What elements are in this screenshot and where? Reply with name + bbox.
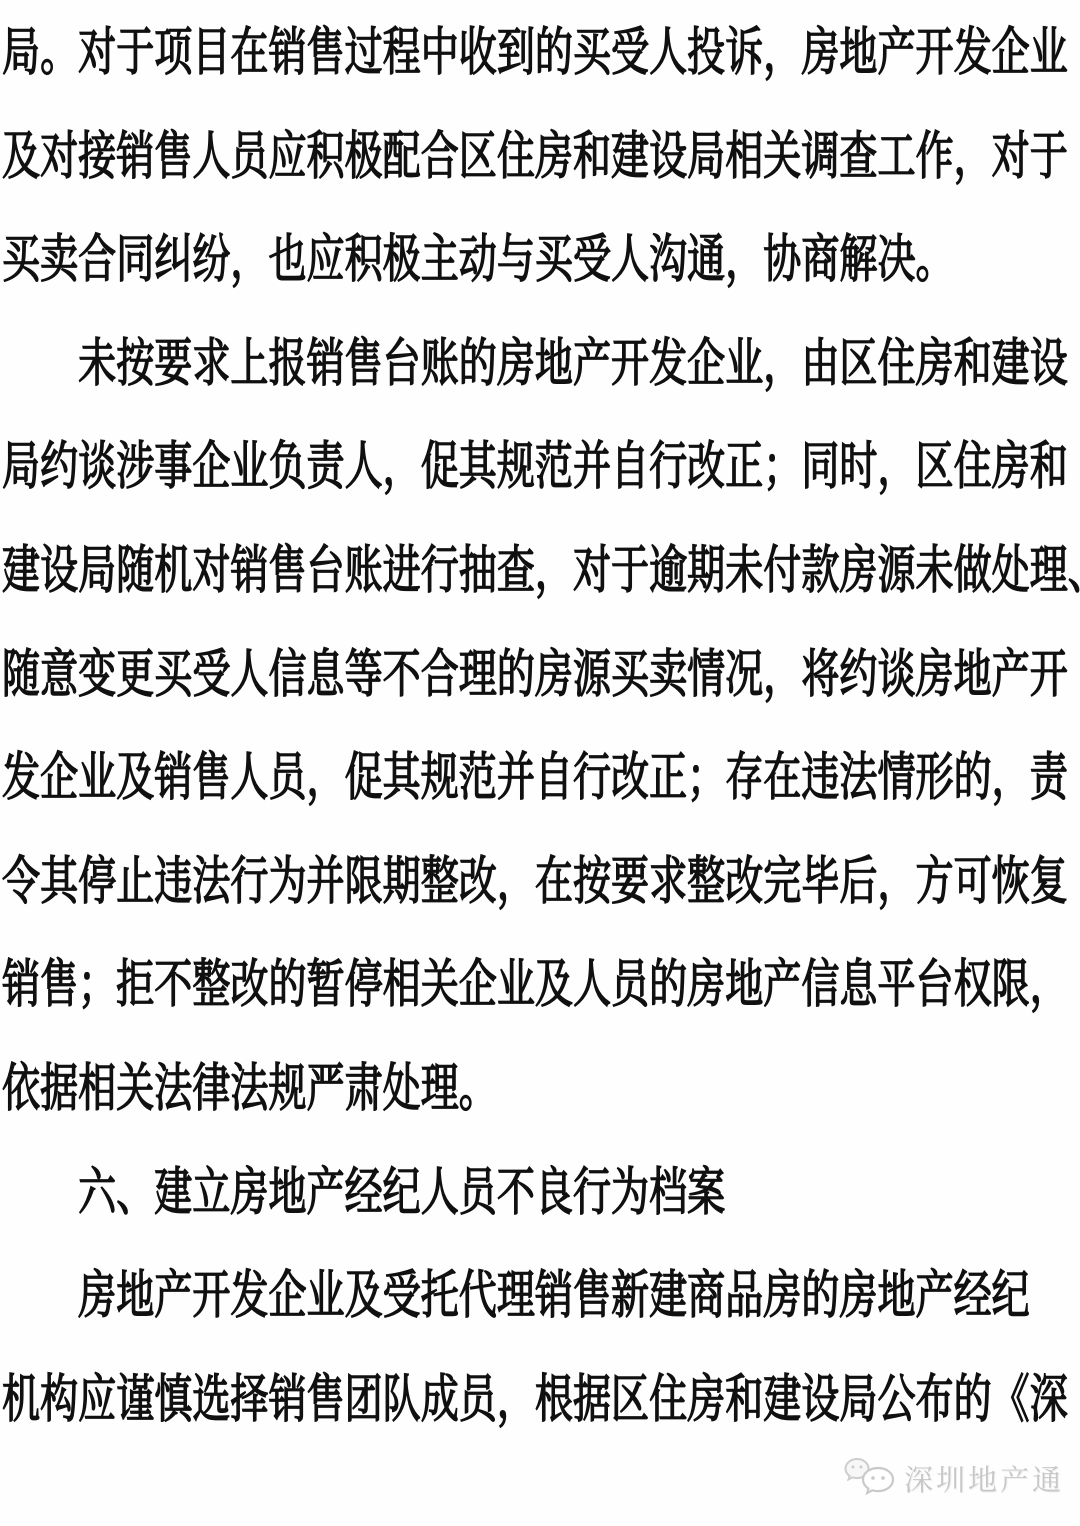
article-page: 局。对于项目在销售过程中收到的买受人投诉，房地产开发企业 及对接销售人员应积极配…	[0, 0, 1080, 1526]
section-heading: 六、建立房地产经纪人员不良行为档案	[2, 1142, 1080, 1246]
text-line: 机构应谨慎选择销售团队成员，根据区住房和建设局公布的《深	[2, 1349, 1080, 1453]
text-line: 房地产开发企业及受托代理销售新建商品房的房地产经纪	[2, 1245, 1080, 1349]
text-line: 局。对于项目在销售过程中收到的买受人投诉，房地产开发企业	[2, 2, 1080, 106]
text-line: 随意变更买受人信息等不合理的房源买卖情况，将约谈房地产开	[2, 624, 1080, 728]
text-line: 局约谈涉事企业负责人，促其规范并自行改正；同时，区住房和	[2, 416, 1080, 520]
text-line: 未按要求上报销售台账的房地产开发企业，由区住房和建设	[2, 313, 1080, 417]
text-line: 及对接销售人员应积极配合区住房和建设局相关调查工作，对于	[2, 106, 1080, 210]
watermark-label: 深圳地产通	[904, 1458, 1064, 1499]
text-line: 令其停止违法行为并限期整改，在按要求整改完毕后，方可恢复	[2, 831, 1080, 935]
wechat-bubbles-icon	[843, 1456, 897, 1500]
text-line: 依据相关法律法规严肃处理。	[2, 1038, 1080, 1142]
article-text: 局。对于项目在销售过程中收到的买受人投诉，房地产开发企业 及对接销售人员应积极配…	[2, 2, 1080, 1452]
text-line: 买卖合同纠纷，也应积极主动与买受人沟通，协商解决。	[2, 209, 1080, 313]
text-line: 发企业及销售人员，促其规范并自行改正；存在违法情形的，责	[2, 727, 1080, 831]
watermark: 深圳地产通	[843, 1452, 1064, 1504]
text-line: 销售；拒不整改的暂停相关企业及人员的房地产信息平台权限，	[2, 934, 1080, 1038]
text-line: 建设局随机对销售台账进行抽查，对于逾期未付款房源未做处理、	[2, 520, 1080, 624]
